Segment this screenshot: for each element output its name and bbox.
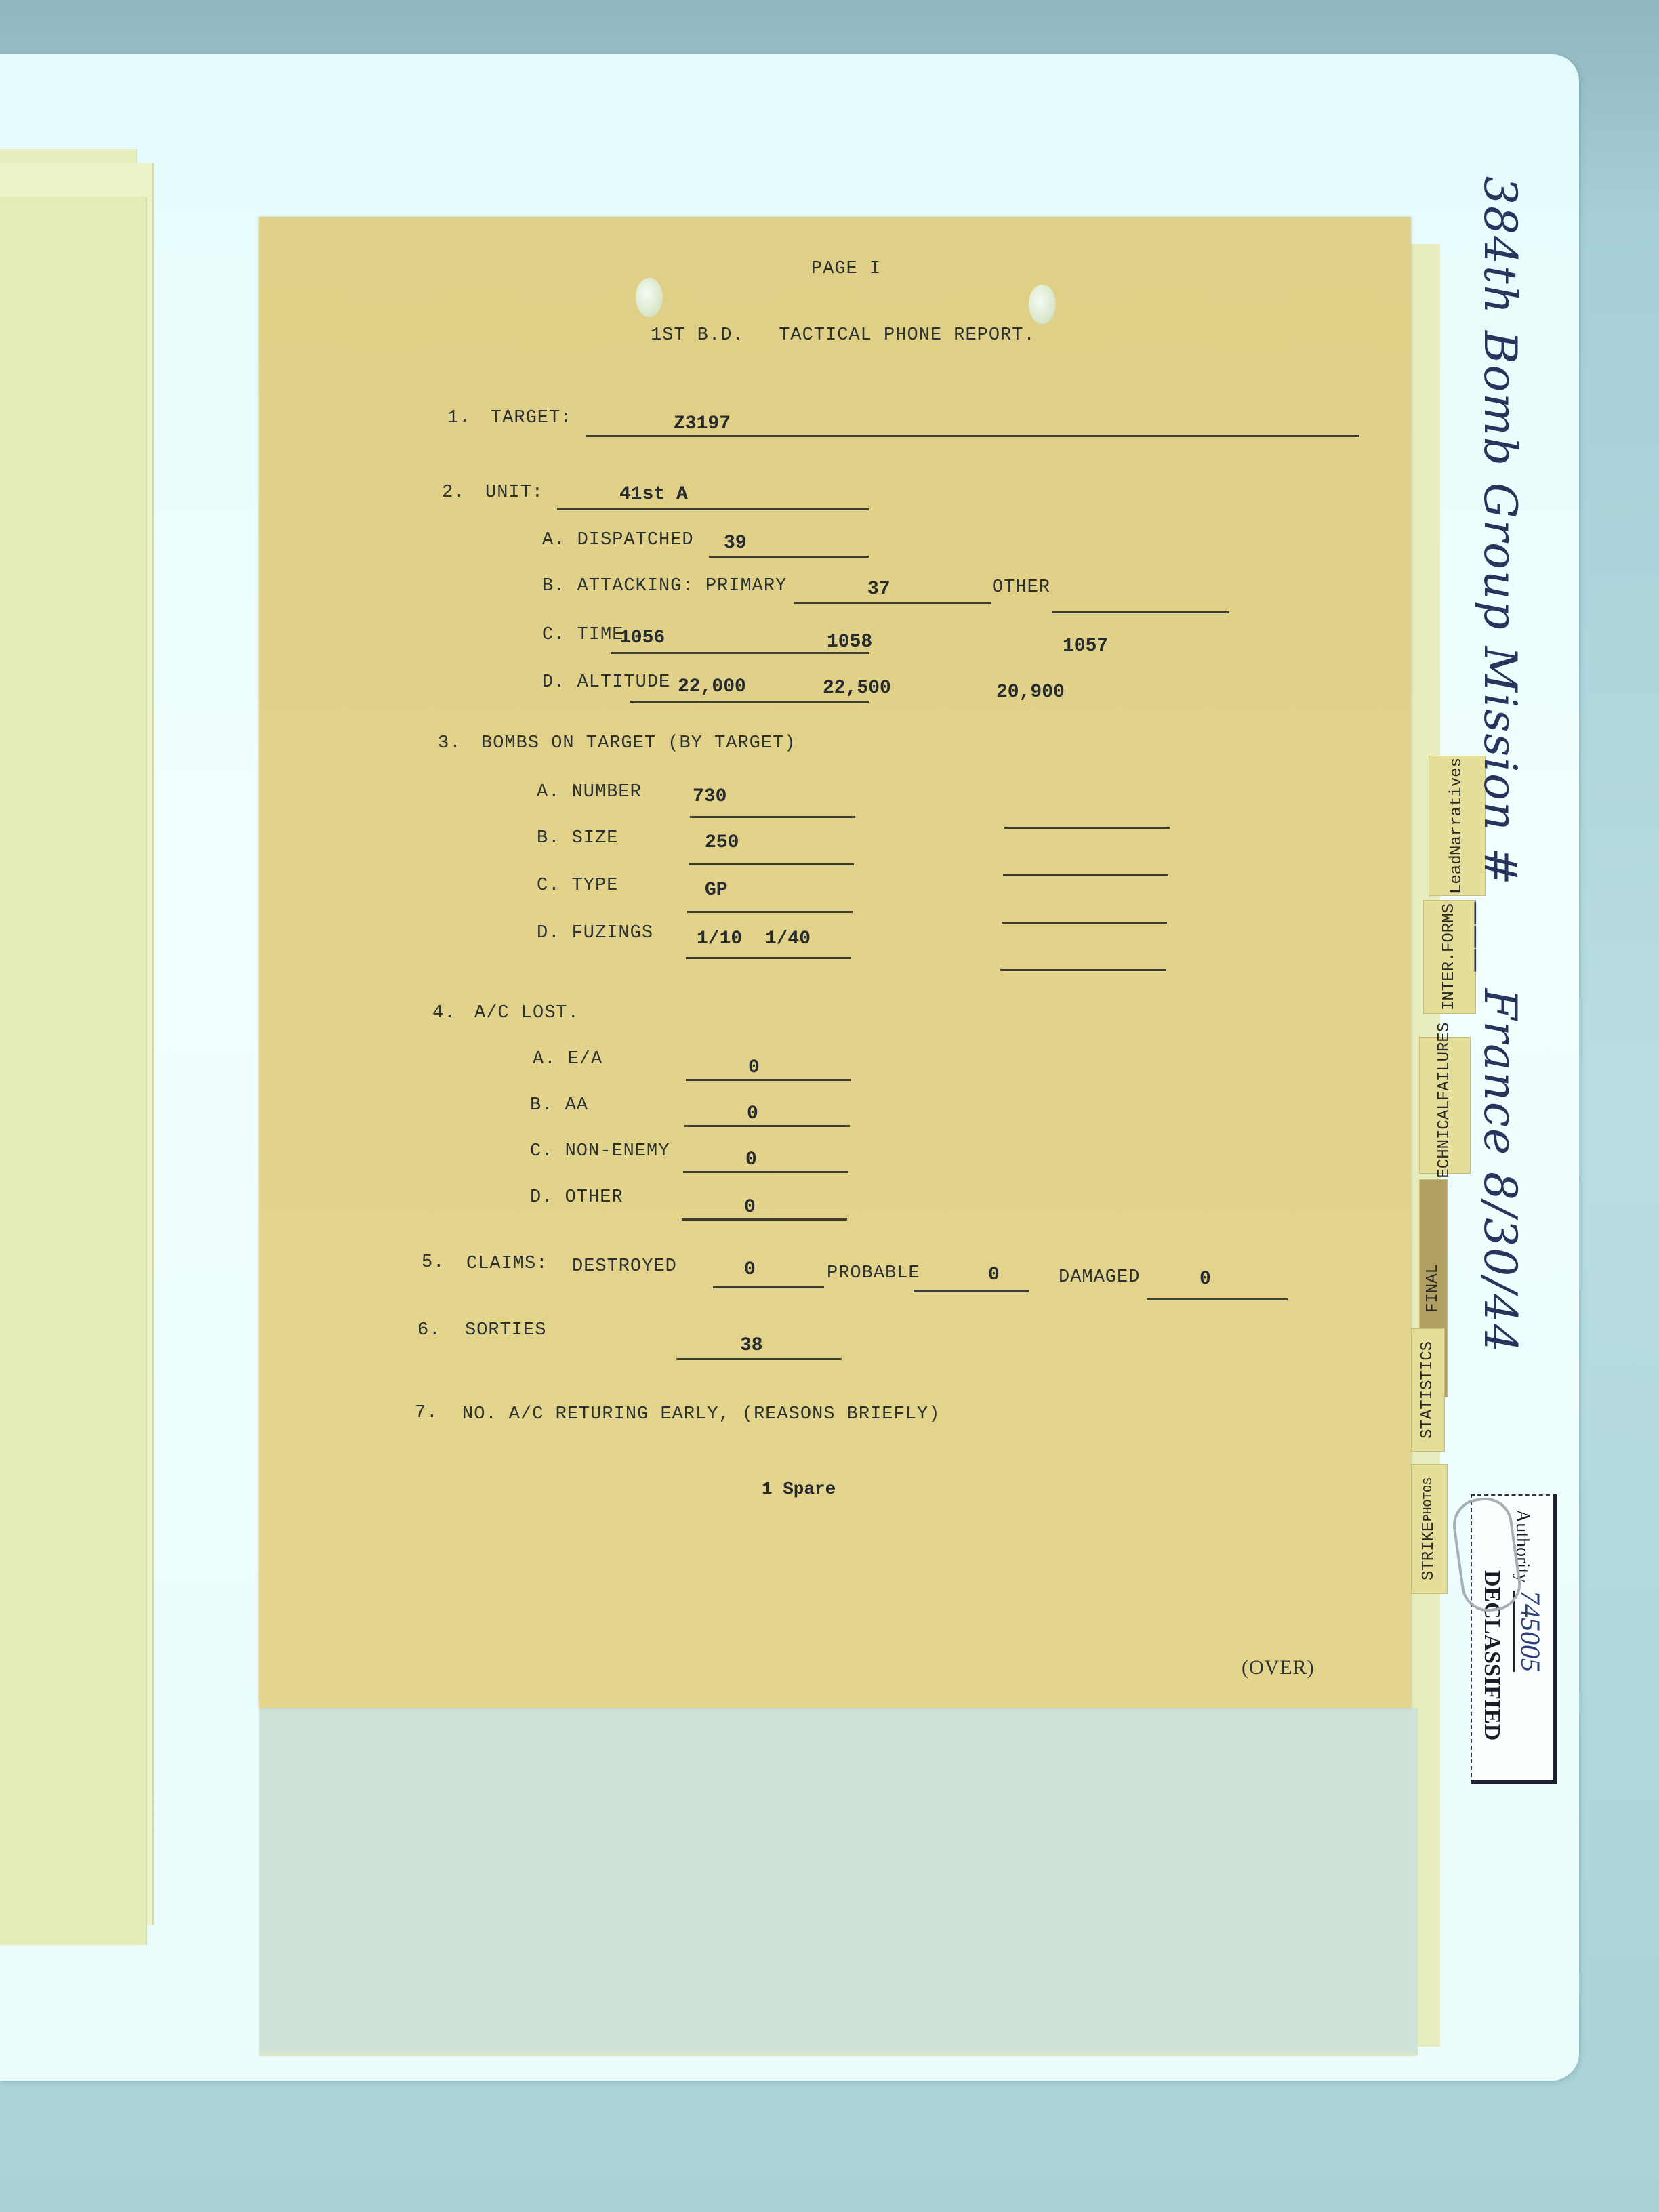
underline bbox=[709, 556, 869, 558]
underline bbox=[684, 1125, 850, 1127]
underline bbox=[1000, 969, 1166, 971]
non-enemy-label: C. NON-ENEMY bbox=[530, 1141, 670, 1162]
tab-strike-photos[interactable]: STRIKEPHOTOS bbox=[1411, 1464, 1448, 1594]
underline bbox=[676, 1358, 842, 1360]
underline bbox=[1052, 611, 1229, 613]
probable-value: 0 bbox=[988, 1265, 1000, 1286]
tab-label: TECHNICAL bbox=[1436, 1101, 1454, 1189]
underline bbox=[794, 602, 991, 604]
altitude-label: D. ALTITUDE bbox=[542, 672, 670, 693]
target-value: Z3197 bbox=[674, 413, 731, 434]
tab-technical-failures[interactable]: TECHNICALFAILURES bbox=[1419, 1037, 1471, 1174]
item-number: 1. bbox=[447, 408, 470, 428]
ea-value: 0 bbox=[748, 1057, 760, 1078]
returning-early-label: NO. A/C RETURING EARLY, (REASONS BRIEFLY… bbox=[462, 1404, 940, 1425]
tab-label: STRIKE bbox=[1420, 1521, 1438, 1580]
other-lost-label: D. OTHER bbox=[530, 1187, 623, 1208]
underline bbox=[689, 863, 854, 865]
non-enemy-value: 0 bbox=[745, 1149, 757, 1170]
unit-label: UNIT: bbox=[485, 483, 544, 503]
dispatched-value: 39 bbox=[724, 533, 747, 554]
ac-lost-label: A/C LOST. bbox=[474, 1003, 579, 1023]
punch-hole bbox=[1029, 285, 1056, 324]
tab-label: PHOTOS bbox=[1422, 1477, 1436, 1521]
tab-label: Lead bbox=[1448, 855, 1466, 895]
underline bbox=[686, 1079, 851, 1081]
underline bbox=[630, 701, 869, 703]
underline bbox=[1004, 827, 1170, 829]
sorties-value: 38 bbox=[740, 1335, 763, 1356]
time-value-2: 1058 bbox=[827, 632, 872, 653]
altitude-value-3: 20,900 bbox=[996, 682, 1065, 703]
item-number: 5. bbox=[422, 1252, 445, 1273]
underline bbox=[682, 1218, 847, 1221]
time-value-3: 1057 bbox=[1063, 636, 1108, 657]
damaged-value: 0 bbox=[1200, 1269, 1211, 1290]
other-label: OTHER bbox=[992, 577, 1050, 598]
attacking-label: B. ATTACKING: PRIMARY bbox=[542, 576, 787, 596]
tab-label: FINAL bbox=[1425, 1264, 1442, 1313]
underline bbox=[683, 1171, 848, 1173]
tab-label: INTER. bbox=[1441, 952, 1458, 1010]
sorties-label: SORTIES bbox=[465, 1320, 546, 1340]
underline bbox=[557, 508, 869, 510]
time-label: C. TIME bbox=[542, 625, 623, 645]
returning-early-value: 1 Spare bbox=[762, 1479, 836, 1499]
tab-label: STATISTICS bbox=[1419, 1341, 1437, 1439]
unit-value: 41st A bbox=[619, 484, 688, 505]
left-page-stack bbox=[0, 136, 169, 1952]
aa-label: B. AA bbox=[530, 1095, 588, 1115]
report-title: 1ST B.D. TACTICAL PHONE REPORT. bbox=[651, 325, 1036, 346]
aa-value: 0 bbox=[747, 1103, 758, 1124]
item-number: 7. bbox=[415, 1403, 438, 1423]
item-number: 4. bbox=[432, 1003, 455, 1023]
dispatched-label: A. DISPATCHED bbox=[542, 530, 694, 550]
number-label: A. NUMBER bbox=[537, 782, 642, 802]
ea-label: A. E/A bbox=[533, 1049, 602, 1069]
tab-inter-forms[interactable]: INTER.FORMS bbox=[1423, 900, 1476, 1014]
item-number: 3. bbox=[438, 733, 461, 754]
over-note: (OVER) bbox=[1242, 1656, 1315, 1679]
item-number: 2. bbox=[442, 483, 465, 503]
damaged-label: DAMAGED bbox=[1059, 1267, 1140, 1288]
claims-label: CLAIMS: bbox=[466, 1254, 548, 1274]
document-lower-sheet bbox=[259, 1708, 1418, 2056]
page-label: PAGE I bbox=[811, 259, 881, 279]
type-label: C. TYPE bbox=[537, 876, 618, 896]
underline bbox=[686, 957, 851, 959]
fuzings-value: 1/10 1/40 bbox=[697, 928, 811, 949]
tab-statistics[interactable]: STATISTICS bbox=[1411, 1328, 1445, 1452]
fuzings-label: D. FUZINGS bbox=[537, 923, 653, 943]
target-label: TARGET: bbox=[491, 408, 572, 428]
underline bbox=[914, 1290, 1029, 1292]
underline bbox=[1002, 922, 1167, 924]
underline bbox=[690, 816, 855, 818]
tab-label: FORMS bbox=[1441, 903, 1458, 952]
underline bbox=[687, 911, 853, 913]
altitude-value-2: 22,500 bbox=[823, 678, 891, 699]
authority-value: 745005 bbox=[1513, 1591, 1547, 1672]
time-value-1: 1056 bbox=[619, 628, 665, 649]
altitude-value-1: 22,000 bbox=[678, 676, 746, 697]
tactical-phone-report: PAGE I 1ST B.D. TACTICAL PHONE REPORT. 1… bbox=[259, 217, 1411, 1708]
size-value: 250 bbox=[705, 832, 739, 853]
destroyed-label: DESTROYED bbox=[572, 1256, 677, 1277]
type-value: GP bbox=[705, 880, 728, 901]
number-value: 730 bbox=[693, 786, 726, 807]
destroyed-value: 0 bbox=[744, 1259, 756, 1280]
underline bbox=[611, 652, 869, 654]
size-label: B. SIZE bbox=[537, 828, 618, 848]
tab-label: Narratives bbox=[1448, 758, 1466, 855]
attacking-primary-value: 37 bbox=[867, 579, 890, 600]
bombs-label: BOMBS ON TARGET (BY TARGET) bbox=[481, 733, 796, 754]
stack-sheet bbox=[0, 197, 147, 1945]
tab-label: FAILURES bbox=[1436, 1023, 1454, 1101]
underline bbox=[1147, 1298, 1288, 1300]
underline bbox=[1003, 874, 1168, 876]
other-lost-value: 0 bbox=[744, 1197, 756, 1218]
underline bbox=[713, 1286, 824, 1288]
handwritten-annotation: 384th Bomb Group Mission # ___ France 8/… bbox=[1474, 176, 1526, 1353]
underline bbox=[586, 435, 1359, 437]
item-number: 6. bbox=[417, 1320, 441, 1340]
punch-hole bbox=[636, 278, 663, 317]
probable-label: PROBABLE bbox=[827, 1263, 920, 1284]
